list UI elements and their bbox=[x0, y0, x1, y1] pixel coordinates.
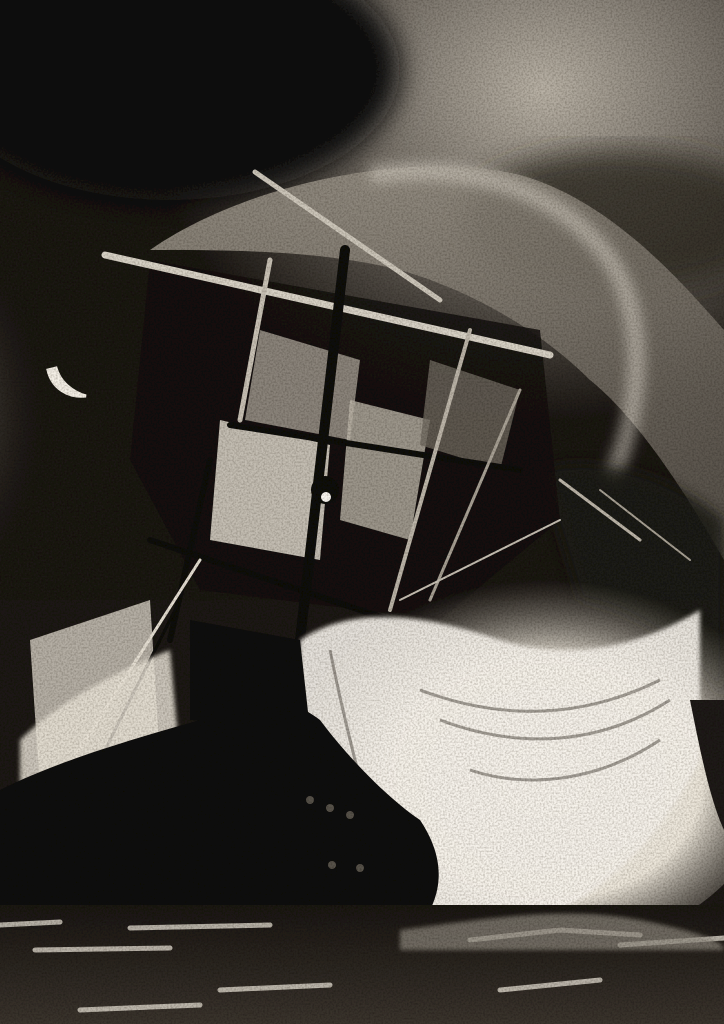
lantern-glint bbox=[321, 492, 331, 502]
ship-in-storm-illustration bbox=[0, 0, 724, 1024]
